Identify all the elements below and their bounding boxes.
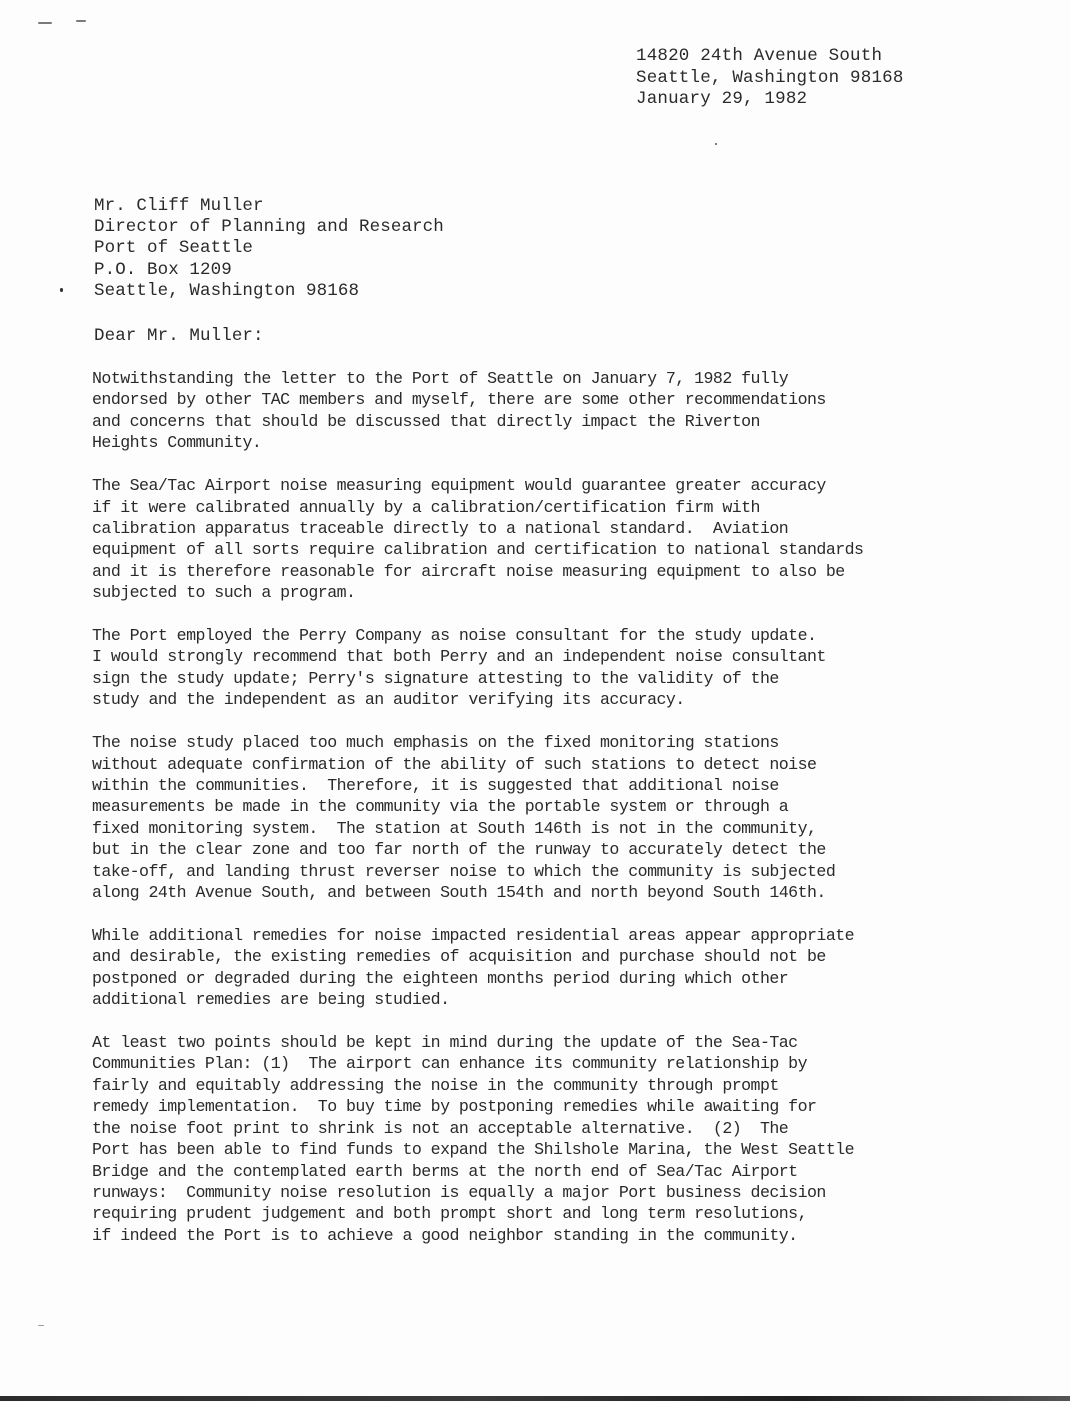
scan-artifact <box>715 143 717 145</box>
paragraph-6: At least two points should be kept in mi… <box>92 1032 992 1246</box>
paragraph-line: take-off, and landing thrust reverser no… <box>92 861 992 882</box>
paragraph-line: remedy implementation. To buy time by po… <box>92 1096 992 1117</box>
paragraph-line: The Port employed the Perry Company as n… <box>92 625 992 646</box>
paragraph-line: if indeed the Port is to achieve a good … <box>92 1225 992 1246</box>
paragraph-line: and concerns that should be discussed th… <box>92 411 992 432</box>
recipient-name: Mr. Cliff Muller <box>94 196 444 217</box>
recipient-organization: Port of Seattle <box>94 238 444 259</box>
paragraph-line: endorsed by other TAC members and myself… <box>92 389 992 410</box>
paragraph-line: fairly and equitably addressing the nois… <box>92 1075 992 1096</box>
paragraph-line: without adequate confirmation of the abi… <box>92 754 992 775</box>
paragraph-line: The Sea/Tac Airport noise measuring equi… <box>92 475 992 496</box>
paragraph-line: Notwithstanding the letter to the Port o… <box>92 368 992 389</box>
paragraph-line: and desirable, the existing remedies of … <box>92 946 992 967</box>
paragraph-line: subjected to such a program. <box>92 582 992 603</box>
paragraph-line: within the communities. Therefore, it is… <box>92 775 992 796</box>
scan-artifact <box>38 1325 44 1326</box>
recipient-title: Director of Planning and Research <box>94 217 444 238</box>
paragraph-line: fixed monitoring system. The station at … <box>92 818 992 839</box>
paragraph-1: Notwithstanding the letter to the Port o… <box>92 368 992 454</box>
paragraph-line: equipment of all sorts require calibrati… <box>92 539 992 560</box>
scan-artifact <box>60 288 63 292</box>
paragraph-line: The noise study placed too much emphasis… <box>92 732 992 753</box>
paragraph-line: Bridge and the contemplated earth berms … <box>92 1161 992 1182</box>
paragraph-line: runways: Community noise resolution is e… <box>92 1182 992 1203</box>
letter-body: Notwithstanding the letter to the Port o… <box>92 368 992 1268</box>
paragraph-5: While additional remedies for noise impa… <box>92 925 992 1011</box>
paragraph-line: Communities Plan: (1) The airport can en… <box>92 1053 992 1074</box>
sender-city: Seattle, Washington 98168 <box>636 68 904 90</box>
sender-address: 14820 24th Avenue South Seattle, Washing… <box>636 46 904 111</box>
paragraph-line: along 24th Avenue South, and between Sou… <box>92 882 992 903</box>
paragraph-line: requiring prudent judgement and both pro… <box>92 1203 992 1224</box>
page-bottom-edge <box>0 1396 1070 1401</box>
paragraph-2: The Sea/Tac Airport noise measuring equi… <box>92 475 992 603</box>
recipient-city: Seattle, Washington 98168 <box>94 281 444 302</box>
recipient-address: Mr. Cliff Muller Director of Planning an… <box>94 196 444 302</box>
paragraph-line: I would strongly recommend that both Per… <box>92 646 992 667</box>
paragraph-line: but in the clear zone and too far north … <box>92 839 992 860</box>
paragraph-line: the noise foot print to shrink is not an… <box>92 1118 992 1139</box>
letter-date: January 29, 1982 <box>636 89 904 111</box>
paragraph-line: study and the independent as an auditor … <box>92 689 992 710</box>
scan-artifact <box>38 22 52 24</box>
paragraph-line: Heights Community. <box>92 432 992 453</box>
recipient-po-box: P.O. Box 1209 <box>94 260 444 281</box>
paragraph-line: Port has been able to find funds to expa… <box>92 1139 992 1160</box>
paragraph-3: The Port employed the Perry Company as n… <box>92 625 992 711</box>
paragraph-line: postponed or degraded during the eightee… <box>92 968 992 989</box>
letter-page: 14820 24th Avenue South Seattle, Washing… <box>0 0 1070 1403</box>
paragraph-line: measurements be made in the community vi… <box>92 796 992 817</box>
scan-artifact <box>76 20 86 22</box>
paragraph-line: calibration apparatus traceable directly… <box>92 518 992 539</box>
paragraph-line: additional remedies are being studied. <box>92 989 992 1010</box>
paragraph-4: The noise study placed too much emphasis… <box>92 732 992 903</box>
paragraph-line: if it were calibrated annually by a cali… <box>92 497 992 518</box>
salutation: Dear Mr. Muller: <box>94 326 264 346</box>
paragraph-line: While additional remedies for noise impa… <box>92 925 992 946</box>
paragraph-line: sign the study update; Perry's signature… <box>92 668 992 689</box>
paragraph-line: At least two points should be kept in mi… <box>92 1032 992 1053</box>
sender-street: 14820 24th Avenue South <box>636 46 904 68</box>
paragraph-line: and it is therefore reasonable for aircr… <box>92 561 992 582</box>
